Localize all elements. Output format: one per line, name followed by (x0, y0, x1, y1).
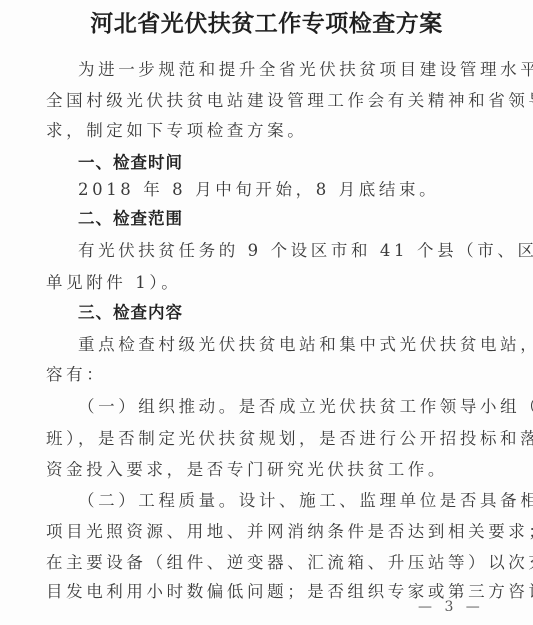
paragraph-quality-line-1: （二）工程质量。设计、施工、监理单位是否具备相关资质； (78, 490, 488, 512)
paragraph-time-line-1: 2018 年 8 月中旬开始，8 月底结束。 (78, 179, 488, 201)
paragraph-quality-line-3: 在主要设备（组件、逆变器、汇流箱、升压站等）以次充好，项 (46, 552, 488, 574)
paragraph-content-line-2: 容有： (46, 364, 488, 386)
paragraph-scope-line-2: 单见附件 1）。 (46, 272, 488, 294)
section-heading-content: 三、检查内容 (78, 302, 488, 324)
section-heading-time: 一、检查时间 (78, 152, 488, 174)
paragraph-intro-line-1: 为进一步规范和提升全省光伏扶贫项目建设管理水平，根据 (78, 59, 488, 81)
paragraph-organization-line-2: 班），是否制定光伏扶贫规划，是否进行公开招投标和落实政府 (46, 428, 488, 450)
page-number: — 3 — (418, 599, 484, 615)
paragraph-quality-line-2: 项目光照资源、用地、并网消纳条件是否达到相关要求；是否存 (46, 521, 488, 543)
paragraph-intro-line-3: 求，制定如下专项检查方案。 (46, 120, 488, 142)
paragraph-organization-line-3: 资金投入要求，是否专门研究光伏扶贫工作。 (46, 459, 488, 481)
document-title: 河北省光伏扶贫工作专项检查方案 (0, 8, 533, 40)
document-page: 河北省光伏扶贫工作专项检查方案 为进一步规范和提升全省光伏扶贫项目建设管理水平，… (0, 0, 533, 625)
paragraph-scope-line-1: 有光伏扶贫任务的 9 个设区市和 41 个县（市、区）（市县名 (78, 240, 488, 262)
paragraph-intro-line-2: 全国村级光伏扶贫电站建设管理工作会有关精神和省领导批示要 (46, 90, 488, 112)
paragraph-organization-line-1: （一）组织推动。是否成立光伏扶贫工作领导小组（工作专 (78, 396, 488, 418)
paragraph-content-line-1: 重点检查村级光伏扶贫电站和集中式光伏扶贫电站，主要内 (78, 334, 488, 356)
section-heading-scope: 二、检查范围 (78, 208, 488, 230)
